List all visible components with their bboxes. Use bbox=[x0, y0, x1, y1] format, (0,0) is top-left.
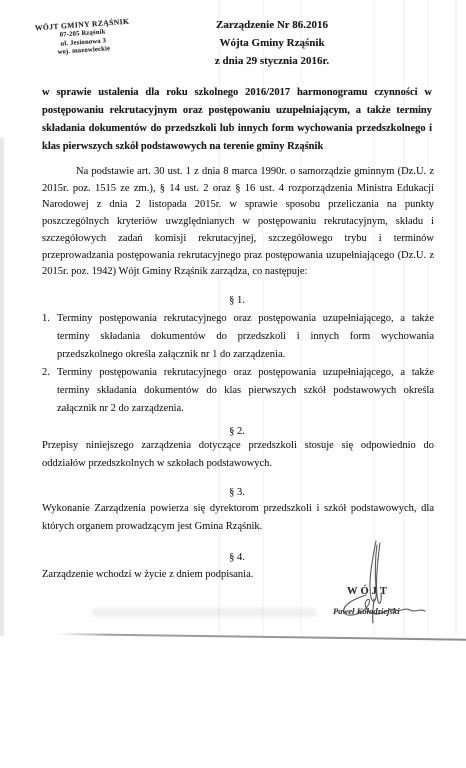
scan-edge-shadow bbox=[0, 138, 4, 636]
document-title: Zarządzenie Nr 86.2016 Wójta Gminy Rząśn… bbox=[158, 16, 386, 70]
section-1-list: 1. Terminy postępowania rekrutacyjnego o… bbox=[42, 310, 434, 419]
screenshot-canvas: WÓJT GMINY RZĄŚNIK 07-205 Rząśnik ul. Je… bbox=[0, 0, 466, 768]
sender-stamp: WÓJT GMINY RZĄŚNIK 07-205 Rząśnik ul. Je… bbox=[13, 15, 153, 60]
title-issuer: Wójta Gminy Rząśnik bbox=[158, 34, 386, 52]
section-3-text: Wykonanie Zarządzenia powierza się dyrek… bbox=[42, 500, 434, 536]
list-item-text: Terminy postępowania rekrutacyjnego oraz… bbox=[57, 367, 434, 414]
signature-name: Paweł Kołodziejski bbox=[333, 606, 423, 616]
scanned-page: WÓJT GMINY RZĄŚNIK 07-205 Rząśnik ul. Je… bbox=[0, 0, 466, 640]
list-item-number: 1. bbox=[42, 310, 50, 328]
section-1-heading: § 1. bbox=[42, 294, 432, 308]
handwritten-signature bbox=[330, 533, 460, 633]
subject-paragraph: w sprawie ustalenia dla roku szkolnego 2… bbox=[42, 84, 432, 156]
title-date: z dnia 29 stycznia 2016r. bbox=[158, 52, 386, 70]
list-item-text: Terminy postępowania rekrutacyjnego oraz… bbox=[57, 313, 434, 360]
list-item-number: 2. bbox=[42, 364, 50, 382]
list-item: 2. Terminy postępowania rekrutacyjnego o… bbox=[42, 364, 434, 417]
ink-showthrough-artifact bbox=[92, 608, 316, 617]
title-ordinance-number: Zarządzenie Nr 86.2016 bbox=[158, 16, 386, 34]
section-3-heading: § 3. bbox=[42, 486, 432, 500]
list-item: 1. Terminy postępowania rekrutacyjnego o… bbox=[42, 310, 434, 363]
legal-basis-paragraph: Na podstawie art. 30 ust. 1 z dnia 8 mar… bbox=[42, 164, 434, 281]
signature-role: WÓJT bbox=[347, 586, 407, 597]
section-2-text: Przepisy niniejszego zarządzenia dotyczą… bbox=[42, 437, 434, 473]
